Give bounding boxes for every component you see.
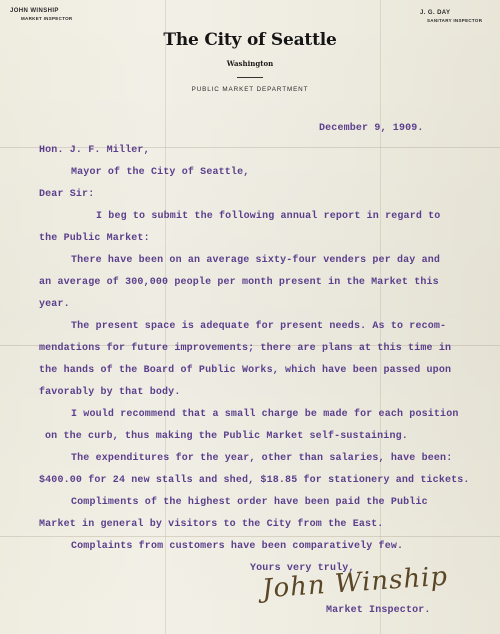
addressee-title: Mayor of the City of Seattle,: [71, 167, 249, 178]
fold-crease: [165, 0, 166, 634]
fold-crease: [380, 0, 381, 634]
body-line: mendations for future improvements; ther…: [39, 343, 451, 354]
inspector-title: MARKET INSPECTOR: [21, 16, 72, 21]
body-line: Compliments of the highest order have be…: [71, 497, 428, 508]
fold-crease: [0, 536, 500, 537]
sanitary-inspector-name: J. G. DAY: [420, 10, 482, 16]
body-line: The expenditures for the year, other tha…: [71, 453, 452, 464]
body-line: Complaints from customers have been comp…: [71, 541, 403, 552]
divider: [237, 77, 263, 78]
department-name: PUBLIC MARKET DEPARTMENT: [0, 86, 500, 93]
body-line: on the curb, thus making the Public Mark…: [45, 431, 408, 442]
body-line: $400.00 for 24 new stalls and shed, $18.…: [39, 475, 470, 486]
body-line: The present space is adequate for presen…: [71, 321, 446, 332]
body-line: Market in general by visitors to the Cit…: [39, 519, 383, 530]
letterhead-right: J. G. DAY SANITARY INSPECTOR: [420, 10, 482, 23]
letterhead-subtitle: Washington: [0, 59, 500, 68]
body-line: I would recommend that a small charge be…: [71, 409, 459, 420]
body-line: year.: [39, 299, 70, 310]
body-line: an average of 300,000 people per month p…: [39, 277, 439, 288]
body-line: the hands of the Board of Public Works, …: [39, 365, 451, 376]
body-line: There have been on an average sixty-four…: [71, 255, 440, 266]
body-line: I beg to submit the following annual rep…: [96, 211, 440, 222]
salutation: Dear Sir:: [39, 189, 94, 200]
body-line: favorably by that body.: [39, 387, 180, 398]
addressee: Hon. J. F. Miller,: [39, 145, 150, 156]
letter-page: JOHN WINSHIP MARKET INSPECTOR J. G. DAY …: [0, 0, 500, 634]
sanitary-inspector-title: SANITARY INSPECTOR: [427, 18, 482, 23]
letter-date: December 9, 1909.: [319, 123, 424, 134]
inspector-name: JOHN WINSHIP: [10, 8, 72, 14]
letterhead-left: JOHN WINSHIP MARKET INSPECTOR: [10, 8, 72, 21]
signer-title: Market Inspector.: [326, 605, 431, 616]
body-line: the Public Market:: [39, 233, 150, 244]
letterhead-title: The City of Seattle: [0, 30, 500, 50]
